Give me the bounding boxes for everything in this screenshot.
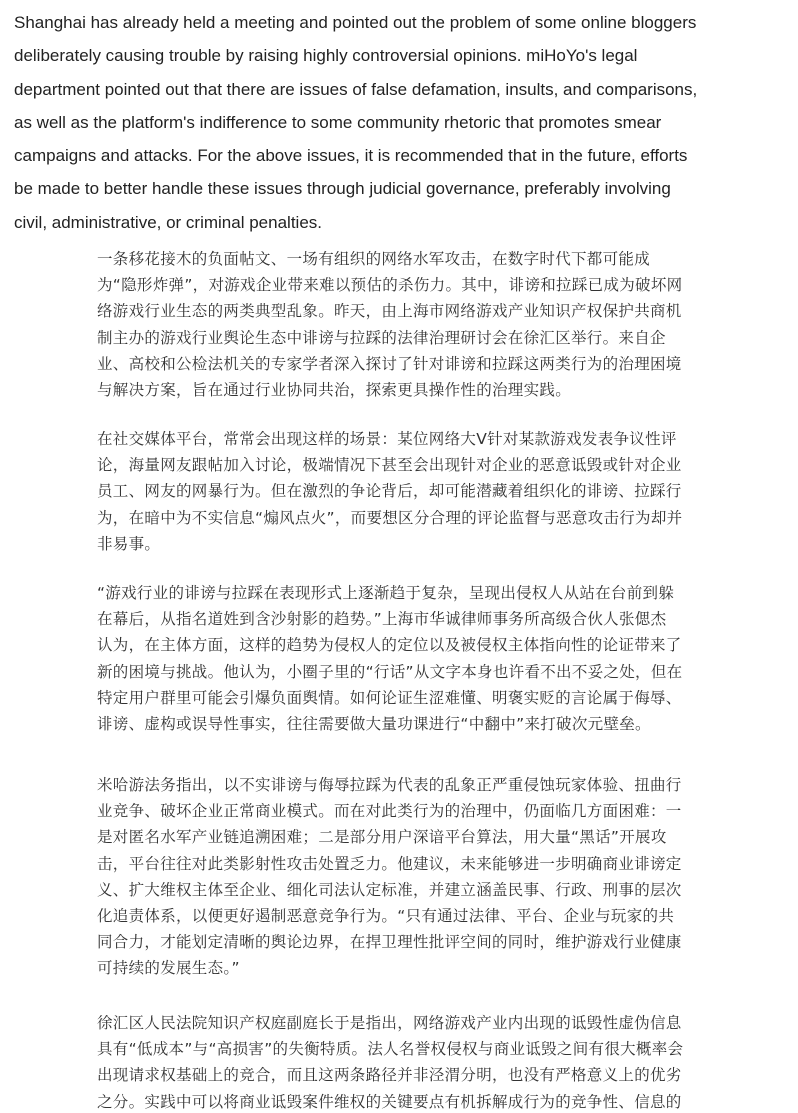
article-line: 可持续的发展生态。”: [97, 955, 707, 981]
article-line: 论，海量网友跟帖加入讨论，极端情况下甚至会出现针对企业的恶意诋毁或针对企业: [97, 452, 707, 478]
article-line: 员工、网友的网暴行为。但在激烈的争论背后，却可能潜藏着组织化的诽谤、拉踩行: [97, 478, 707, 504]
intro-line: campaigns and attacks. For the above iss…: [14, 139, 794, 172]
article-paragraph-5: 徐汇区人民法院知识产权庭副庭长于是指出，网络游戏产业内出现的诋毁性虚伪信息 具有…: [97, 1010, 707, 1113]
intro-line: civil, administrative, or criminal penal…: [14, 206, 794, 239]
intro-line: deliberately causing trouble by raising …: [14, 39, 794, 72]
article-line: 具有“低成本”与“高损害”的失衡特质。法人名誉权侵权与商业诋毁之间有很大概率会: [97, 1036, 707, 1062]
article-line: 与解决方案，旨在通过行业协同共治，探索更具操作性的治理实践。: [97, 377, 707, 403]
article-line: 诽谤、虚构或误导性事实，往往需要做大量功课进行“中翻中”来打破次元壁垒。: [97, 711, 707, 737]
article-line: 制主办的游戏行业舆论生态中诽谤与拉踩的法律治理研讨会在徐汇区举行。来自企: [97, 325, 707, 351]
article-line: 新的困境与挑战。他认为，小圈子里的“行话”从文字本身也许看不出不妥之处，但在: [97, 659, 707, 685]
article-line: 击，平台往往对此类影射性攻击处置乏力。他建议，未来能够进一步明确商业诽谤定: [97, 851, 707, 877]
intro-line: as well as the platform's indifference t…: [14, 106, 794, 139]
article-paragraph-3: “游戏行业的诽谤与拉踩在表现形式上逐渐趋于复杂，呈现出侵权人从站在台前到躲 在幕…: [97, 580, 707, 737]
intro-line: department pointed out that there are is…: [14, 73, 794, 106]
article-line: 一条移花接木的负面帖文、一场有组织的网络水军攻击，在数字时代下都可能成: [97, 246, 707, 272]
intro-line: Shanghai has already held a meeting and …: [14, 6, 794, 39]
article-line: 之分。实践中可以将商业诋毁案件维权的关键要点有机拆解成行为的竞争性、信息的: [97, 1089, 707, 1113]
article-paragraph-4: 米哈游法务指出，以不实诽谤与侮辱拉踩为代表的乱象正严重侵蚀玩家体验、扭曲行 业竞…: [97, 772, 707, 982]
intro-line: be made to better handle these issues th…: [14, 172, 794, 205]
article-line: 化追责体系，以便更好遏制恶意竞争行为。“只有通过法律、平台、企业与玩家的共: [97, 903, 707, 929]
article-line: 业竞争、破坏企业正常商业模式。而在对此类行为的治理中，仍面临几方面困难：一: [97, 798, 707, 824]
article-line: “游戏行业的诽谤与拉踩在表现形式上逐渐趋于复杂，呈现出侵权人从站在台前到躲: [97, 580, 707, 606]
article-line: 徐汇区人民法院知识产权庭副庭长于是指出，网络游戏产业内出现的诋毁性虚伪信息: [97, 1010, 707, 1036]
article-line: 特定用户群里可能会引爆负面舆情。如何论证生涩难懂、明褒实贬的言论属于侮辱、: [97, 685, 707, 711]
article-line: 认为，在主体方面，这样的趋势为侵权人的定位以及被侵权主体指向性的论证带来了: [97, 632, 707, 658]
article-line: 络游戏行业生态的两类典型乱象。昨天，由上海市网络游戏产业知识产权保护共商机: [97, 298, 707, 324]
article-line: 为，在暗中为不实信息“煽风点火”，而要想区分合理的评论监督与恶意攻击行为却并: [97, 505, 707, 531]
article-line: 义、扩大维权主体至企业、细化司法认定标准，并建立涵盖民事、行政、刑事的层次: [97, 877, 707, 903]
article-paragraph-2: 在社交媒体平台，常常会出现这样的场景：某位网络大V针对某款游戏发表争议性评 论，…: [97, 426, 707, 557]
article-line: 是对匿名水军产业链追溯困难；二是部分用户深谙平台算法，用大量“黑话”开展攻: [97, 824, 707, 850]
article-line: 在社交媒体平台，常常会出现这样的场景：某位网络大V针对某款游戏发表争议性评: [97, 426, 707, 452]
article-line: 同合力，才能划定清晰的舆论边界，在捍卫理性批评空间的同时，维护游戏行业健康: [97, 929, 707, 955]
intro-paragraph: Shanghai has already held a meeting and …: [14, 6, 794, 239]
article-screenshot-image: 一条移花接木的负面帖文、一场有组织的网络水军攻击，在数字时代下都可能成 为“隐形…: [90, 240, 710, 1113]
article-paragraph-1: 一条移花接木的负面帖文、一场有组织的网络水军攻击，在数字时代下都可能成 为“隐形…: [97, 246, 707, 403]
article-line: 业、高校和公检法机关的专家学者深入探讨了针对诽谤和拉踩这两类行为的治理困境: [97, 351, 707, 377]
article-line: 出现请求权基础上的竞合，而且这两条路径并非泾渭分明，也没有严格意义上的优劣: [97, 1062, 707, 1088]
article-line: 在幕后，从指名道姓到含沙射影的趋势。”上海市华诚律师事务所高级合伙人张偲杰: [97, 606, 707, 632]
article-line: 为“隐形炸弹”，对游戏企业带来难以预估的杀伤力。其中，诽谤和拉踩已成为破坏网: [97, 272, 707, 298]
article-line: 米哈游法务指出，以不实诽谤与侮辱拉踩为代表的乱象正严重侵蚀玩家体验、扭曲行: [97, 772, 707, 798]
article-line: 非易事。: [97, 531, 707, 557]
